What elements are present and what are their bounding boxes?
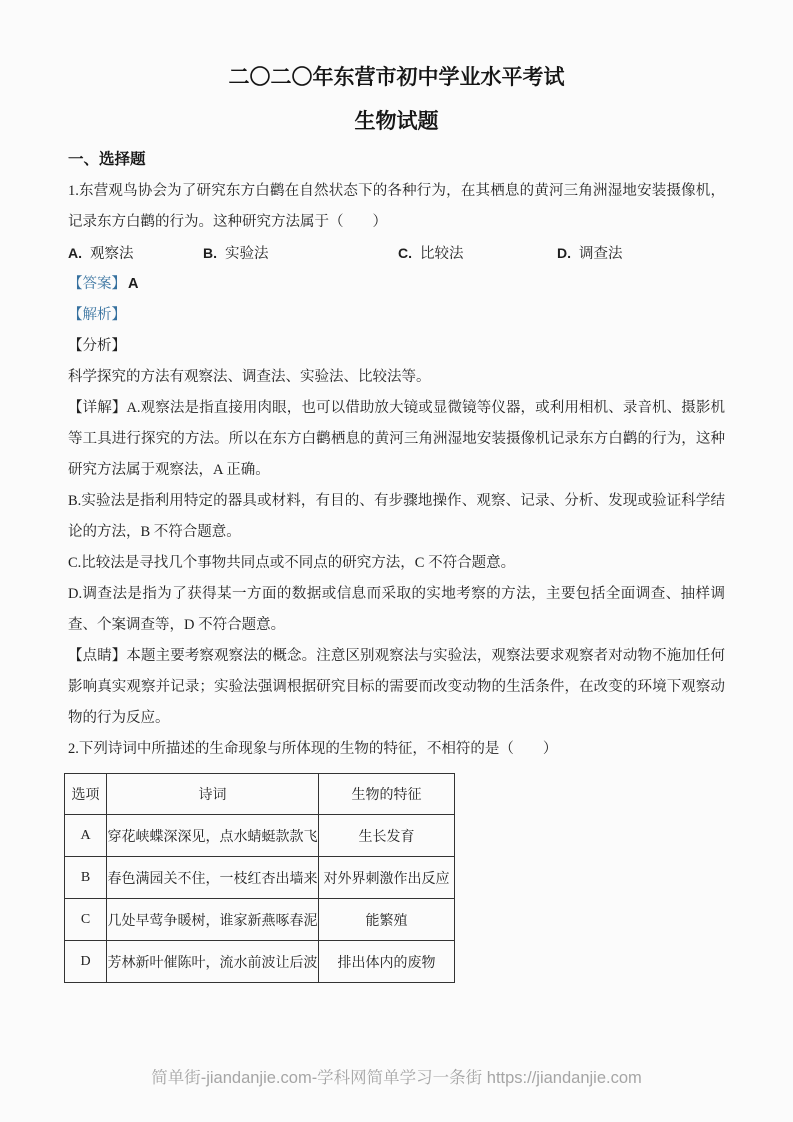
table-cell-option: D bbox=[65, 941, 107, 983]
question-1-option-b: B.实验法 bbox=[203, 238, 269, 270]
answer-line: 【答案】A bbox=[68, 269, 725, 300]
question-2-stem: 2.下列诗词中所描述的生命现象与所体现的生物的特征，不相符的是（ ） bbox=[68, 734, 725, 765]
question-2-table: 选项 诗词 生物的特征 A 穿花峡蝶深深见，点水蜻蜓款款飞 生长发育 B 春色满… bbox=[64, 773, 455, 983]
answer-value: A bbox=[128, 276, 138, 292]
table-cell-trait: 排出体内的废物 bbox=[319, 941, 455, 983]
section-heading-choice-questions: 一、选择题 bbox=[68, 150, 725, 170]
table-row-a: A 穿花峡蝶深深见，点水蜻蜓款款飞 生长发育 bbox=[65, 815, 455, 857]
option-d-letter: D. bbox=[557, 245, 571, 261]
question-1-option-a: A.观察法 bbox=[68, 238, 134, 270]
table-header-trait: 生物的特征 bbox=[319, 774, 455, 815]
detail-paragraph-a: 【详解】A.观察法是指直接用肉眼，也可以借助放大镜或显微镜等仪器，或利用相机、录… bbox=[68, 393, 725, 486]
table-header-row: 选项 诗词 生物的特征 bbox=[65, 774, 455, 815]
option-d-text: 调查法 bbox=[579, 246, 623, 262]
jiexi-label: 【解析】 bbox=[68, 300, 725, 331]
option-c-text: 比较法 bbox=[420, 246, 464, 262]
table-cell-option: C bbox=[65, 899, 107, 941]
table-header-poem: 诗词 bbox=[107, 774, 319, 815]
question-1-option-c: C.比较法 bbox=[398, 238, 464, 270]
doc-subtitle: 生物试题 bbox=[68, 110, 725, 134]
document-content: 二〇二〇年东营市初中学业水平考试 生物试题 一、选择题 1.东营观鸟协会为了研究… bbox=[68, 0, 725, 983]
option-b-letter: B. bbox=[203, 245, 217, 261]
exam-document-page: 二〇二〇年东营市初中学业水平考试 生物试题 一、选择题 1.东营观鸟协会为了研究… bbox=[0, 0, 793, 1122]
question-1-options: A.观察法 B.实验法 C.比较法 D.调查法 bbox=[68, 238, 725, 269]
option-b-text: 实验法 bbox=[225, 246, 269, 262]
table-cell-poem: 芳林新叶催陈叶，流水前波让后波 bbox=[107, 941, 319, 983]
table-cell-option: A bbox=[65, 815, 107, 857]
question-1-option-d: D.调查法 bbox=[557, 238, 623, 270]
table-cell-poem: 穿花峡蝶深深见，点水蜻蜓款款飞 bbox=[107, 815, 319, 857]
option-a-letter: A. bbox=[68, 245, 82, 261]
table-row-c: C 几处早莺争暖树，谁家新燕啄春泥 能繁殖 bbox=[65, 899, 455, 941]
table-cell-poem: 春色满园关不住，一枝红杏出墙来 bbox=[107, 857, 319, 899]
table-row-b: B 春色满园关不住，一枝红杏出墙来 对外界刺激作出反应 bbox=[65, 857, 455, 899]
option-a-text: 观察法 bbox=[90, 246, 134, 262]
table-header-option: 选项 bbox=[65, 774, 107, 815]
table-cell-trait: 生长发育 bbox=[319, 815, 455, 857]
table-cell-trait: 能繁殖 bbox=[319, 899, 455, 941]
table-cell-poem: 几处早莺争暖树，谁家新燕啄春泥 bbox=[107, 899, 319, 941]
table-row-d: D 芳林新叶催陈叶，流水前波让后波 排出体内的废物 bbox=[65, 941, 455, 983]
detail-paragraph-c: C.比较法是寻找几个事物共同点或不同点的研究方法，C 不符合题意。 bbox=[68, 548, 725, 579]
table-cell-option: B bbox=[65, 857, 107, 899]
watermark-footer: 简单街-jiandanjie.com-学科网简单学习一条街 https://ji… bbox=[0, 1064, 793, 1088]
tip-paragraph: 【点睛】本题主要考察观察法的概念。注意区别观察法与实验法，观察法要求观察者对动物… bbox=[68, 641, 725, 734]
option-c-letter: C. bbox=[398, 245, 412, 261]
analysis-overview-text: 科学探究的方法有观察法、调查法、实验法、比较法等。 bbox=[68, 362, 725, 393]
fenxi-label: 【分析】 bbox=[68, 331, 725, 362]
answer-label: 【答案】 bbox=[68, 276, 126, 292]
detail-paragraph-b: B.实验法是指利用特定的器具或材料，有目的、有步骤地操作、观察、记录、分析、发现… bbox=[68, 486, 725, 548]
detail-paragraph-d: D.调查法是指为了获得某一方面的数据或信息而采取的实地考察的方法，主要包括全面调… bbox=[68, 579, 725, 641]
question-1-stem: 1.东营观鸟协会为了研究东方白鹳在自然状态下的各种行为，在其栖息的黄河三角洲湿地… bbox=[68, 176, 725, 238]
table-cell-trait: 对外界刺激作出反应 bbox=[319, 857, 455, 899]
doc-title: 二〇二〇年东营市初中学业水平考试 bbox=[68, 66, 725, 90]
